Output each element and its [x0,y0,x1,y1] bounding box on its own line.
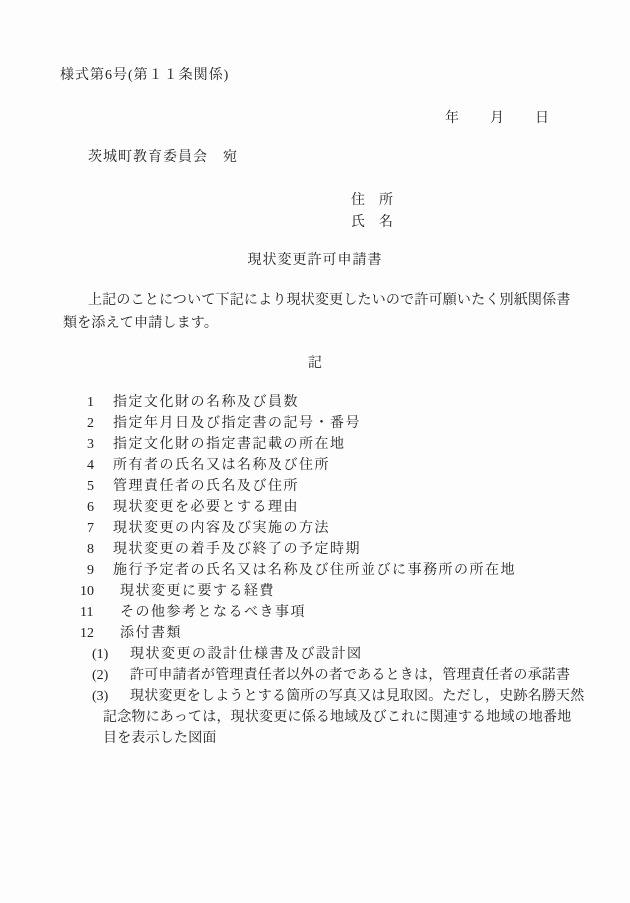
item-number: 8 [87,539,113,560]
list-item: 1指定文化財の名称及び員数 [0,392,630,413]
application-form-page: 様式第6号(第１１条関係) 年 月 日 茨城町教育委員会 宛 住 所 氏 名 現… [0,0,630,903]
list-item: 3指定文化財の指定書記載の所在地 [0,434,630,455]
addressee: 茨城町教育委員会 宛 [88,146,238,166]
item-number: 5 [87,476,113,497]
item-number: 11 [80,602,120,623]
attachment-text: 許可申請者が管理責任者以外の者であるときは，管理責任者の承諾書 [130,668,570,683]
item-text: 管理責任者の氏名及び住所 [113,479,299,494]
form-number: 様式第6号(第１１条関係) [60,64,229,84]
attachment-number: (3) [92,686,130,707]
item-number: 9 [87,560,113,581]
attachment-continuation: 記念物にあっては，現状変更に係る地域及びこれに関連する地域の地番地 [0,707,630,728]
item-text: 現状変更に要する経費 [120,584,275,599]
item-text: 現状変更を必要とする理由 [113,500,299,515]
body-line-2: 類を添えて申請します。 [63,312,573,335]
item-number: 10 [80,581,120,602]
item-text: 施行予定者の氏名又は名称及び住所並びに事務所の所在地 [113,563,516,578]
document-title: 現状変更許可申請書 [0,249,630,269]
item-number: 3 [87,434,113,455]
item-text: 所有者の氏名又は名称及び住所 [113,458,330,473]
sender-name-label: 氏 名 [351,211,393,231]
month-label: 月 [490,107,504,127]
date-line: 年 月 日 [445,107,549,127]
attachment-text: 現状変更をしようとする箇所の写真又は見取図。ただし，史跡名勝天然 [130,689,584,704]
attachment-number: (1) [92,644,130,665]
list-item: 11その他参考となるべき事項 [0,602,630,623]
list-item: 12添付書類 [0,623,630,644]
item-number: 12 [80,623,120,644]
item-number: 2 [87,413,113,434]
ki-marker: 記 [0,352,630,372]
list-item: 2指定年月日及び指定書の記号・番号 [0,413,630,434]
list-item: 4所有者の氏名又は名称及び住所 [0,455,630,476]
item-text: 現状変更の着手及び終了の予定時期 [113,542,361,557]
year-label: 年 [445,107,459,127]
body-paragraph: 上記のことについて下記により現状変更したいので許可願いたく別紙関係書 類を添えて… [63,289,573,335]
body-line-1: 上記のことについて下記により現状変更したいので許可願いたく別紙関係書 [63,289,573,312]
item-number: 1 [87,392,113,413]
sender-address-label: 住 所 [351,189,393,209]
list-item: 7現状変更の内容及び実施の方法 [0,518,630,539]
list-item: 9施行予定者の氏名又は名称及び住所並びに事務所の所在地 [0,560,630,581]
attachment-item: (1)現状変更の設計仕様書及び設計図 [0,644,630,665]
item-number: 6 [87,497,113,518]
day-label: 日 [535,107,549,127]
attachment-item: (3)現状変更をしようとする箇所の写真又は見取図。ただし，史跡名勝天然 [0,686,630,707]
item-number: 7 [87,518,113,539]
list-item: 10現状変更に要する経費 [0,581,630,602]
item-text: 添付書類 [120,626,182,641]
item-text: その他参考となるべき事項 [120,605,306,620]
list-item: 5管理責任者の氏名及び住所 [0,476,630,497]
item-text: 指定年月日及び指定書の記号・番号 [113,416,361,431]
attachment-item: (2)許可申請者が管理責任者以外の者であるときは，管理責任者の承諾書 [0,665,630,686]
list-item: 6現状変更を必要とする理由 [0,497,630,518]
item-number: 4 [87,455,113,476]
item-text: 現状変更の内容及び実施の方法 [113,521,330,536]
item-list: 1指定文化財の名称及び員数 2指定年月日及び指定書の記号・番号 3指定文化財の指… [0,392,630,749]
attachment-text: 現状変更の設計仕様書及び設計図 [130,647,363,662]
attachment-continuation: 目を表示した図面 [0,728,630,749]
item-text: 指定文化財の名称及び員数 [113,395,299,410]
item-text: 指定文化財の指定書記載の所在地 [113,437,346,452]
list-item: 8現状変更の着手及び終了の予定時期 [0,539,630,560]
attachment-number: (2) [92,665,130,686]
